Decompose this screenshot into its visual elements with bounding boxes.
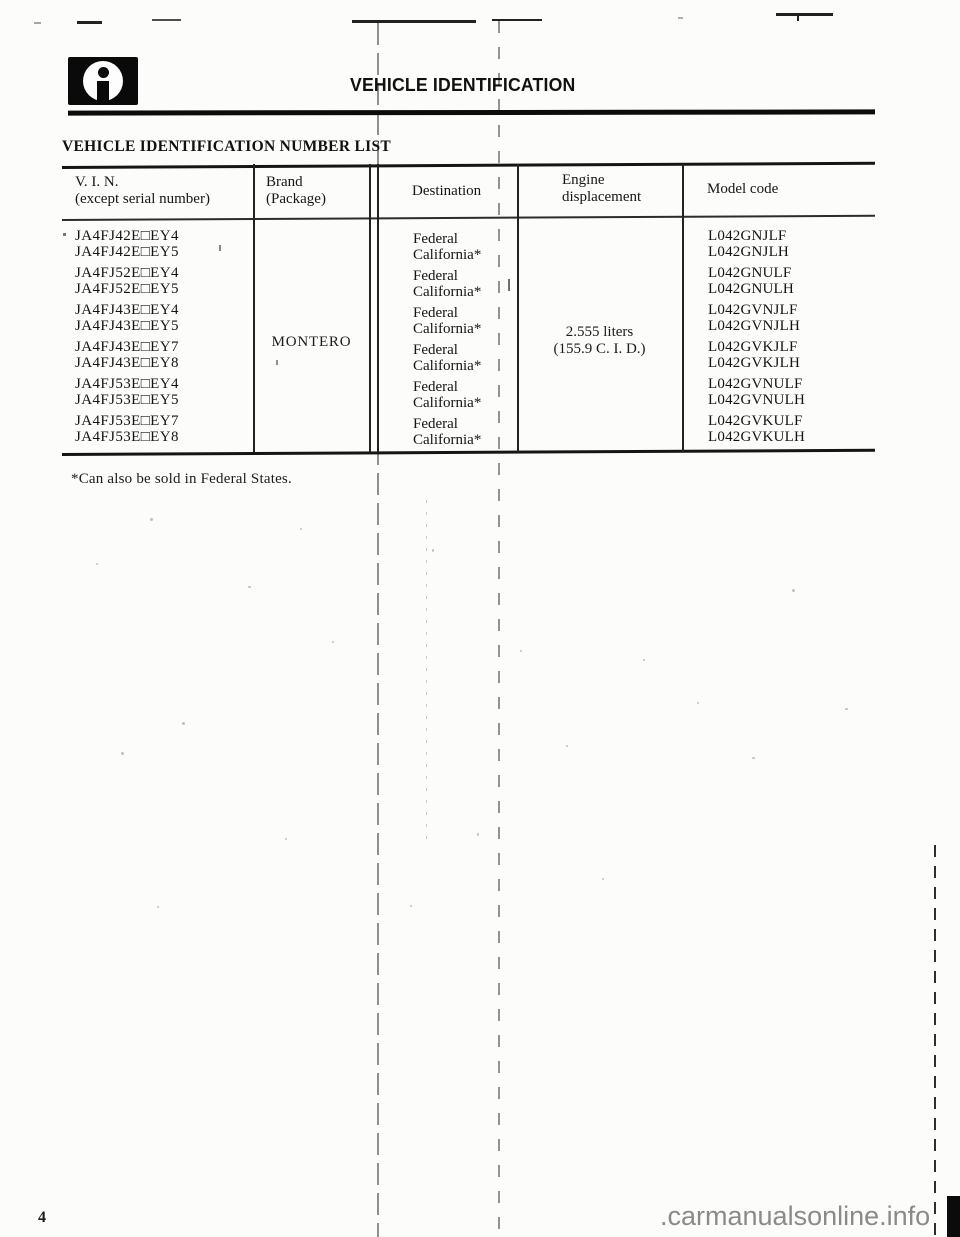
table-column-border (369, 164, 371, 452)
scan-speck (182, 722, 185, 725)
manual-page: VEHICLE IDENTIFICATION VEHICLE IDENTIFIC… (0, 0, 960, 1237)
vin-value: JA4FJ42E□EY4 (75, 228, 179, 244)
vin-value: JA4FJ53E□EY5 (75, 392, 179, 408)
vin-value: JA4FJ52E□EY5 (75, 281, 179, 297)
destination-group: Federal California* (413, 268, 481, 300)
model-code-value: L042GVKULF (708, 413, 805, 429)
scan-artifact (352, 20, 476, 23)
destination-group: Federal California* (413, 379, 481, 411)
chapter-title: VEHICLE IDENTIFICATION (350, 75, 585, 96)
model-code-value: L042GVNJLF (708, 302, 805, 318)
vin-column: JA4FJ42E□EY4 JA4FJ42E□EY5 JA4FJ52E□EY4 J… (75, 228, 179, 450)
watermark: .carmanualsonline.info (660, 1201, 930, 1232)
model-code-column: L042GNJLF L042GNJLH L042GNULF L042GNULH … (708, 228, 805, 450)
table-top-border (62, 162, 875, 169)
edge-dashed-line (934, 845, 936, 1237)
scan-speck (845, 708, 848, 710)
model-code-group: L042GVKULF L042GVKULH (708, 413, 805, 445)
scan-speck (410, 905, 412, 907)
scan-speck (121, 752, 124, 755)
destination-value: Federal (413, 379, 481, 395)
model-code-value: L042GVKJLF (708, 339, 805, 355)
column-header-engine: Engine displacement (562, 172, 641, 206)
scan-speck (566, 745, 568, 747)
destination-value: California* (413, 321, 481, 337)
column-header-brand-line1: Brand (266, 174, 326, 191)
destination-value: California* (413, 284, 481, 300)
column-header-vin-line2: (except serial number) (75, 191, 210, 208)
vin-group: JA4FJ52E□EY4 JA4FJ52E□EY5 (75, 265, 179, 297)
header-rule (68, 109, 875, 115)
vin-group: JA4FJ53E□EY4 JA4FJ53E□EY5 (75, 376, 179, 408)
table-column-border (377, 164, 379, 452)
scan-speck (697, 702, 699, 704)
scan-speck (150, 518, 153, 521)
scan-artifact (797, 15, 799, 21)
section-title: VEHICLE IDENTIFICATION NUMBER LIST (62, 138, 391, 156)
destination-value: Federal (413, 231, 481, 247)
table-column-border (517, 164, 519, 452)
scan-speck (602, 878, 604, 880)
scan-artifact (219, 245, 221, 251)
scan-artifact (34, 22, 41, 24)
scan-artifact (63, 233, 66, 236)
info-icon-dot (98, 67, 109, 78)
scan-speck (96, 563, 98, 565)
scan-speck (248, 586, 251, 588)
brand-value: MONTERO (253, 334, 370, 351)
info-icon (68, 57, 138, 105)
model-code-value: L042GNULH (708, 281, 805, 297)
scan-speck (643, 659, 645, 661)
destination-value: Federal (413, 305, 481, 321)
scan-speck (300, 528, 302, 530)
model-code-group: L042GNULF L042GNULH (708, 265, 805, 297)
column-header-model: Model code (707, 181, 778, 198)
scan-speck (332, 641, 334, 643)
destination-value: California* (413, 395, 481, 411)
table-column-border (682, 164, 684, 452)
destination-value: Federal (413, 416, 481, 432)
scan-artifact (77, 21, 102, 24)
model-code-value: L042GNJLH (708, 244, 805, 260)
scan-speck (477, 833, 479, 836)
scan-artifact (152, 19, 181, 21)
model-code-value: L042GVNULH (708, 392, 805, 408)
table-header-border (62, 215, 875, 221)
destination-value: California* (413, 358, 481, 374)
destination-value: Federal (413, 342, 481, 358)
corner-artifact (947, 1196, 960, 1237)
column-header-destination: Destination (412, 183, 481, 200)
engine-displacement-line1: 2.555 liters (517, 324, 682, 341)
destination-value: California* (413, 432, 481, 448)
page-number: 4 (38, 1209, 46, 1227)
column-header-brand-line2: (Package) (266, 191, 326, 208)
table-column-border (253, 164, 255, 452)
model-code-value: L042GNJLF (708, 228, 805, 244)
scan-speck (285, 838, 287, 840)
scan-speck (520, 650, 522, 652)
model-code-value: L042GVKJLH (708, 355, 805, 371)
scan-artifact (678, 17, 683, 19)
vin-group: JA4FJ53E□EY7 JA4FJ53E□EY8 (75, 413, 179, 445)
engine-displacement-value: 2.555 liters (155.9 C. I. D.) (517, 324, 682, 358)
vin-value: JA4FJ53E□EY8 (75, 429, 179, 445)
scan-artifact (276, 360, 278, 365)
vin-value: JA4FJ53E□EY4 (75, 376, 179, 392)
destination-group: Federal California* (413, 231, 481, 263)
scan-speck (752, 757, 755, 759)
info-icon-circle (83, 61, 123, 101)
model-code-value: L042GNULF (708, 265, 805, 281)
vin-group: JA4FJ43E□EY7 JA4FJ43E□EY8 (75, 339, 179, 371)
engine-displacement-line2: (155.9 C. I. D.) (517, 341, 682, 358)
column-header-vin-line1: V. I. N. (75, 174, 210, 191)
column-header-brand: Brand (Package) (266, 174, 326, 208)
column-header-engine-line2: displacement (562, 189, 641, 206)
vin-value: JA4FJ43E□EY4 (75, 302, 179, 318)
model-code-group: L042GVNULF L042GVNULH (708, 376, 805, 408)
model-code-value: L042GVNJLH (708, 318, 805, 334)
model-code-group: L042GVKJLF L042GVKJLH (708, 339, 805, 371)
scan-speck (792, 589, 795, 592)
destination-group: Federal California* (413, 416, 481, 448)
vin-value: JA4FJ53E□EY7 (75, 413, 179, 429)
vin-value: JA4FJ42E□EY5 (75, 244, 179, 260)
scan-speck (157, 906, 159, 908)
scan-artifact (508, 279, 510, 291)
model-code-value: L042GVNULF (708, 376, 805, 392)
footnote: *Can also be sold in Federal States. (71, 471, 292, 488)
destination-column: Federal California* Federal California* … (413, 231, 481, 453)
destination-group: Federal California* (413, 305, 481, 337)
column-header-engine-line1: Engine (562, 172, 641, 189)
destination-group: Federal California* (413, 342, 481, 374)
vin-group: JA4FJ42E□EY4 JA4FJ42E□EY5 (75, 228, 179, 260)
vin-value: JA4FJ43E□EY7 (75, 339, 179, 355)
vin-value: JA4FJ52E□EY4 (75, 265, 179, 281)
model-code-group: L042GVNJLF L042GVNJLH (708, 302, 805, 334)
column-header-vin: V. I. N. (except serial number) (75, 174, 210, 208)
scan-artifact (776, 13, 833, 16)
fold-line (498, 21, 500, 1237)
model-code-group: L042GNJLF L042GNJLH (708, 228, 805, 260)
scan-artifact (492, 19, 542, 21)
scan-speck (432, 549, 434, 552)
destination-value: Federal (413, 268, 481, 284)
destination-value: California* (413, 247, 481, 263)
info-icon-stem (97, 81, 109, 103)
fold-line (426, 500, 427, 840)
vin-value: JA4FJ43E□EY8 (75, 355, 179, 371)
vin-group: JA4FJ43E□EY4 JA4FJ43E□EY5 (75, 302, 179, 334)
vin-value: JA4FJ43E□EY5 (75, 318, 179, 334)
model-code-value: L042GVKULH (708, 429, 805, 445)
